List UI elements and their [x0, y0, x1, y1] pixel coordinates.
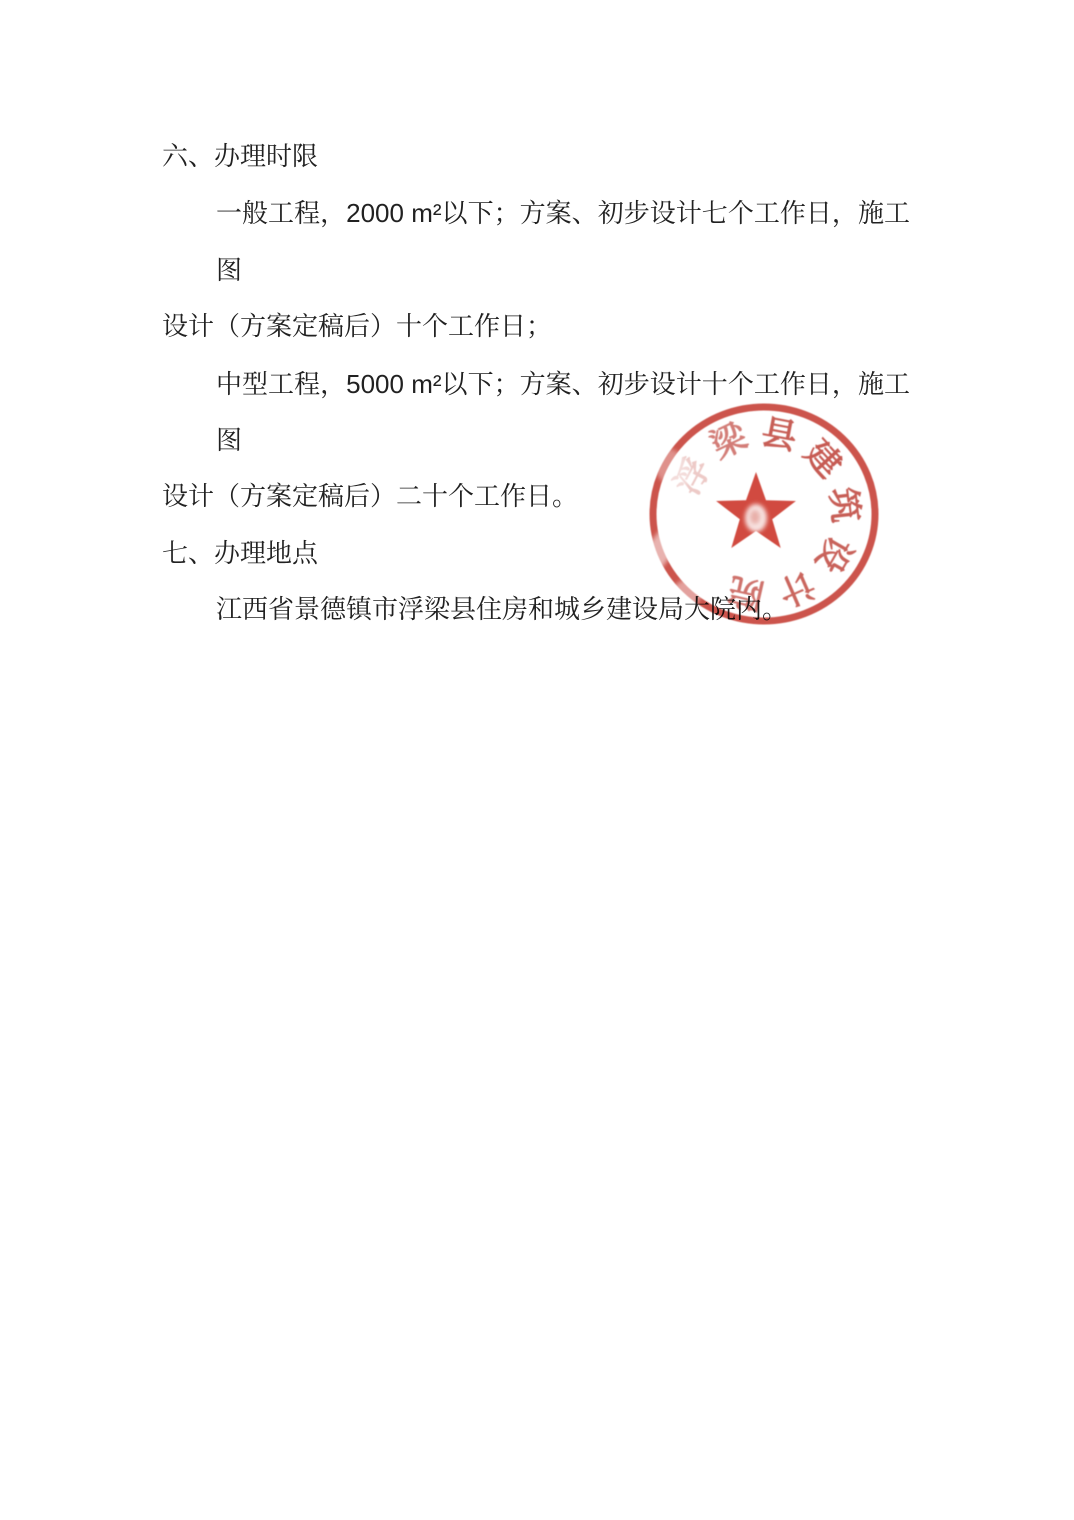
seal-ink-void-core: [750, 510, 760, 524]
doc-line-2: 一般工程，2000 m²以下；方案、初步设计七个工作日，施工图: [162, 185, 910, 299]
numeric-segment: 5000 m²: [346, 369, 441, 399]
text-segment: 中型工程，: [216, 370, 346, 399]
document-page: 六、办理时限一般工程，2000 m²以下；方案、初步设计七个工作日，施工图设计（…: [0, 0, 1074, 1520]
seal-ring-char: 县: [758, 412, 800, 457]
seal-ring-char: 计: [772, 563, 820, 613]
seal-ring-char: 院: [725, 570, 768, 616]
official-seal-stamp: 浮梁县建筑设计院: [630, 390, 898, 642]
seal-fade-patch: [636, 520, 685, 580]
text-segment: 六、办理时限: [162, 142, 318, 171]
seal-fade-patch: [661, 571, 710, 618]
text-segment: 设计（方案定稿后）十个工作日；: [162, 312, 552, 341]
numeric-segment: 2000 m²: [346, 198, 441, 228]
text-segment: 七、办理地点: [162, 539, 318, 568]
text-segment: 设计（方案定稿后）二十个工作日。: [162, 482, 578, 511]
seal-ring-char: 筑: [823, 485, 866, 524]
doc-line-3: 设计（方案定稿后）十个工作日；: [162, 299, 910, 355]
doc-line-1: 六、办理时限: [162, 129, 910, 185]
seal-ring-char: 设: [808, 529, 859, 579]
document-page-body: { "page": { "background": "#ffffff", "te…: [0, 0, 1074, 1520]
text-segment: 一般工程，: [216, 199, 346, 228]
seal-graphics: 浮梁县建筑设计院: [636, 407, 875, 621]
